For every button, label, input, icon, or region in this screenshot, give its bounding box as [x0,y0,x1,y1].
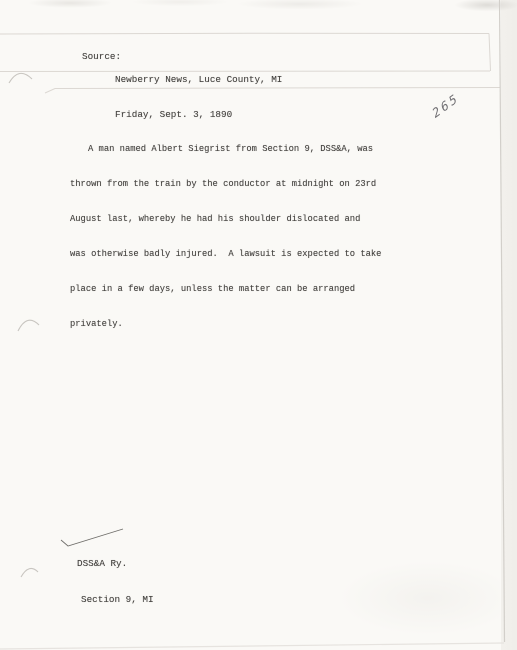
footer-section-location: Section 9, MI [81,594,154,606]
slip-right-edge-line [489,34,491,72]
page-curl-mark-bottom-left [21,568,38,577]
page-curl-mark-top-left [9,73,32,83]
article-line: place in a few days, unless the matter c… [70,284,381,296]
article-line: was otherwise badly injured. A lawsuit i… [70,249,381,261]
slip-top-edge-line [0,33,489,34]
article-line: August last, whereby he had his shoulder… [70,214,381,226]
scanned-document-page: Source: Newberry News, Luce County, MI F… [0,0,517,650]
footer-railway-name: DSS&A Ry. [77,558,154,570]
article-body: A man named Albert Siegrist from Section… [70,121,381,354]
article-line: privately. [70,319,381,331]
page-bottom-edge-line [0,643,504,649]
page-curl-mark-middle-left [18,320,39,331]
source-line-publication: Newberry News, Luce County, MI [115,74,282,86]
article-line: A man named Albert Siegrist from Section… [70,144,381,156]
page-seam-line [500,0,505,642]
source-line-date: Friday, Sept. 3, 1890 [115,109,282,121]
article-line: thrown from the train by the conductor a… [70,179,381,191]
footer-index-note: DSS&A Ry. Section 9, MI [77,535,154,629]
